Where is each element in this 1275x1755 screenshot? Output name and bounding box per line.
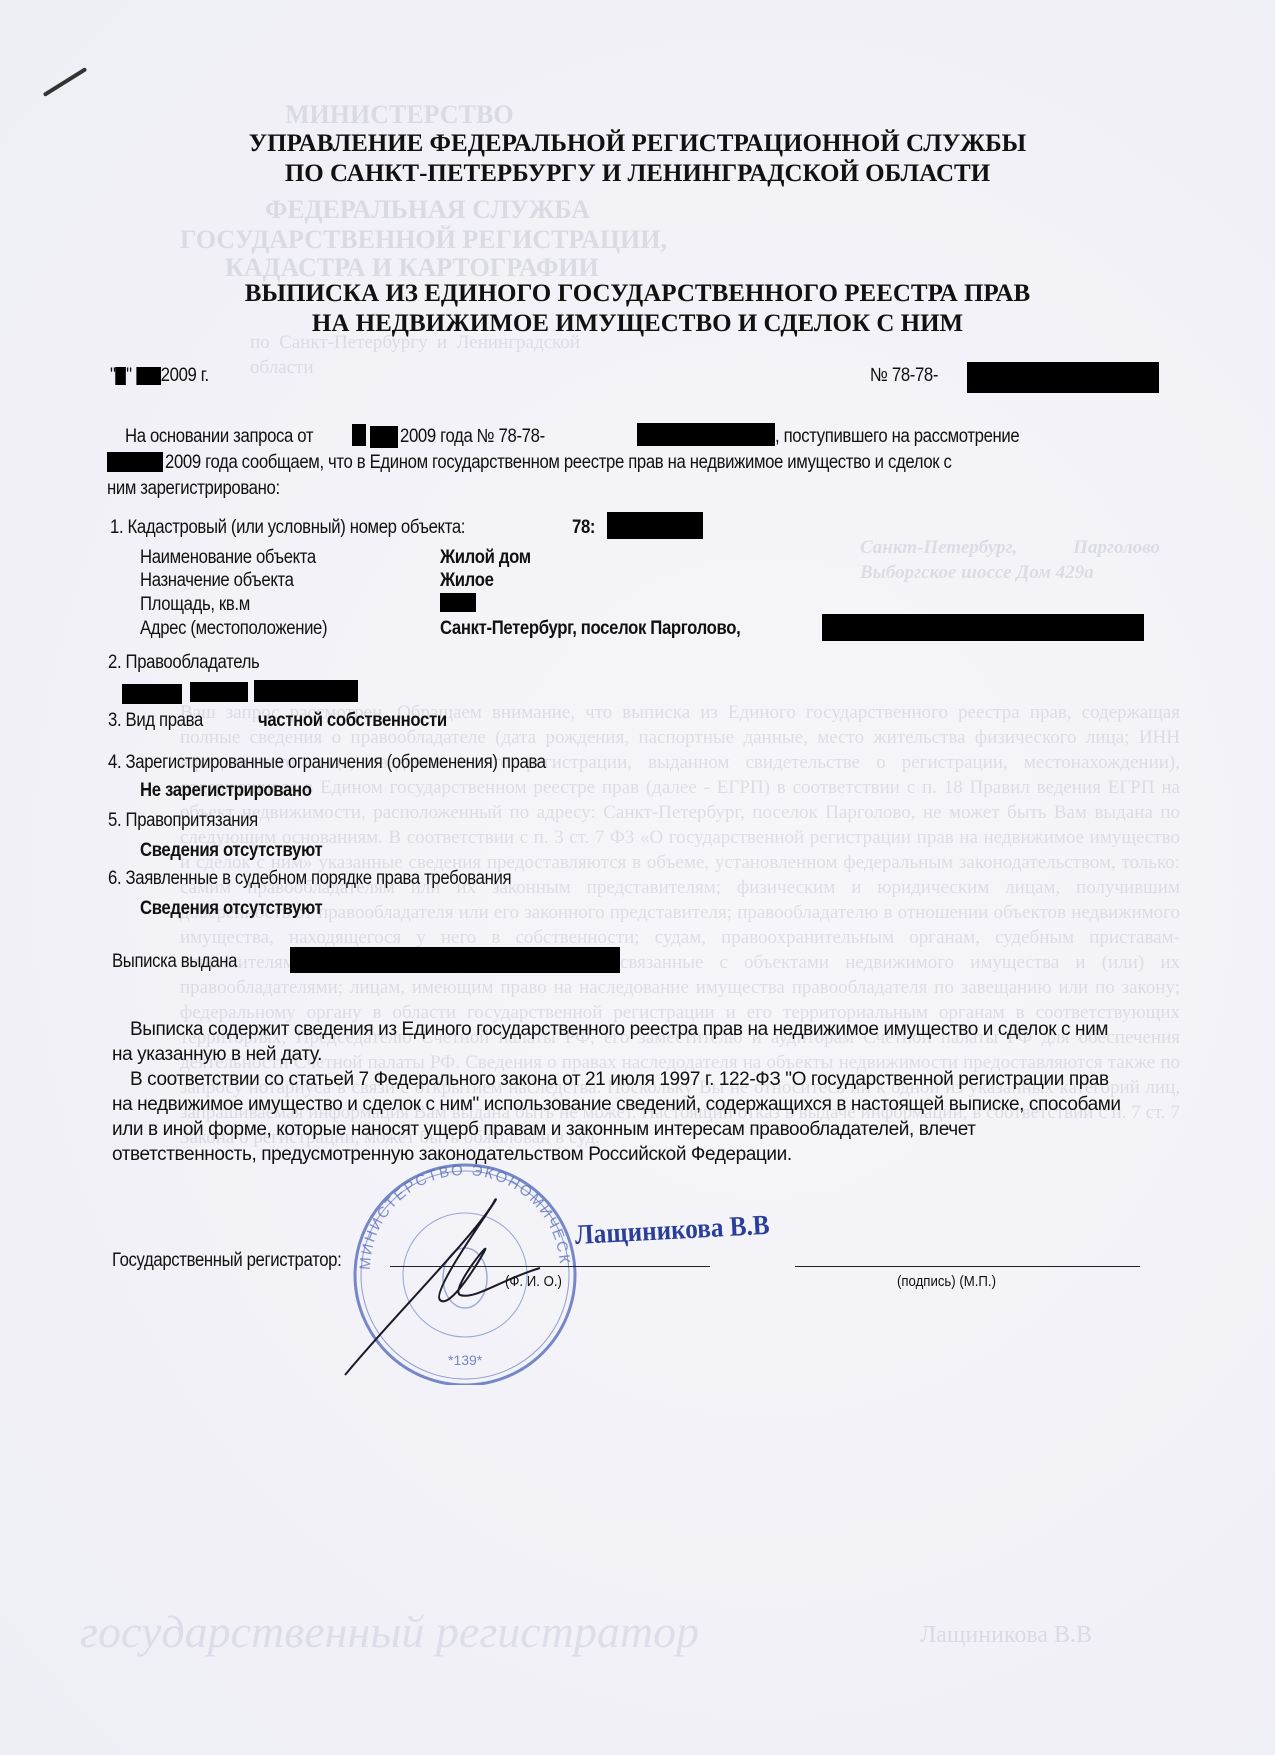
bleed-through-text: Лащиникова В.В xyxy=(920,1622,1092,1649)
object-purpose-value: Жилое xyxy=(440,570,494,592)
object-name-value: Жилой дом xyxy=(440,547,531,569)
svg-text:МИНИСТЕРСТВО ЭКОНОМИЧЕСКОГО РА: МИНИСТЕРСТВО ЭКОНОМИЧЕСКОГО РАЗВИТИЯ xyxy=(330,1150,573,1270)
notice-paragraph-2: В соответствии со статьей 7 Федерального… xyxy=(112,1067,1122,1167)
redaction xyxy=(352,424,366,446)
item4-encumbrances-label: 4. Зарегистрированные ограничения (обрем… xyxy=(108,752,546,774)
registrar-name-stamp: Лащиникова В.В xyxy=(574,1210,770,1252)
redaction xyxy=(136,367,161,385)
registrar-label: Государственный регистратор: xyxy=(112,1250,341,1272)
intro-text-b: 2009 года № 78-78- xyxy=(400,426,545,448)
document-title-line1: ВЫПИСКА ИЗ ЕДИНОГО ГОСУДАРСТВЕННОГО РЕЕС… xyxy=(0,278,1275,309)
staple-mark xyxy=(43,67,88,97)
agency-name-line2: ПО САНКТ-ПЕТЕРБУРГУ И ЛЕНИНГРАДСКОЙ ОБЛА… xyxy=(0,158,1275,189)
item3-right-type-value: частной собственности xyxy=(258,710,447,732)
item4-encumbrances-value: Не зарегистрировано xyxy=(140,780,312,802)
intro-text-d: 2009 года сообщаем, что в Едином государ… xyxy=(165,452,952,474)
notice-paragraph-1: Выписка содержит сведения из Единого гос… xyxy=(112,1017,1122,1067)
object-area-label: Площадь, кв.м xyxy=(140,594,250,616)
bleed-through-text: ГОСУДАРСТВЕННОЙ РЕГИСТРАЦИИ, xyxy=(180,225,667,255)
redaction-issued-to xyxy=(290,947,620,973)
issued-to-label: Выписка выдана xyxy=(112,951,237,973)
redaction-rightholder xyxy=(190,682,248,702)
document-title-line2: НА НЕДВИЖИМОЕ ИМУЩЕСТВО И СДЕЛОК С НИМ xyxy=(0,308,1275,339)
object-purpose-label: Назначение объекта xyxy=(140,570,294,592)
item1-cadastral-label: 1. Кадастровый (или условный) номер объе… xyxy=(110,517,465,539)
item3-right-type-label: 3. Вид права xyxy=(108,710,203,732)
bleed-through-text: МИНИСТЕРСТВО xyxy=(285,100,514,130)
bleed-through-text: ФЕДЕРАЛЬНАЯ СЛУЖБА xyxy=(265,195,590,225)
signature-line xyxy=(795,1266,1140,1267)
redaction xyxy=(107,452,163,472)
object-address-value: Санкт-Петербург, поселок Парголово, xyxy=(440,618,740,640)
redaction-request-number xyxy=(637,423,775,446)
object-address-label: Адрес (местоположение) xyxy=(140,618,327,640)
document-page: МИНИСТЕРСТВО ФЕДЕРАЛЬНАЯ СЛУЖБА ГОСУДАРС… xyxy=(0,0,1275,1755)
official-seal-stamp: МИНИСТЕРСТВО ЭКОНОМИЧЕСКОГО РАЗВИТИЯ *13… xyxy=(330,1150,600,1385)
redaction-rightholder xyxy=(254,680,358,702)
intro-text-c: , поступившего на рассмотрение xyxy=(775,426,1019,448)
signature-caption: (подпись) (М.П.) xyxy=(897,1273,996,1290)
item1-cadastral-prefix: 78: xyxy=(572,517,595,539)
bleed-through-signature: государственный регистратор xyxy=(80,1605,699,1658)
redaction-document-number xyxy=(967,362,1159,393)
svg-text:*139*: *139* xyxy=(448,1352,483,1368)
intro-text-a: На основании запроса от xyxy=(125,426,313,448)
bleed-through-text: Санкт-Петербург, Парголово Выборгское шо… xyxy=(860,535,1160,585)
redaction-area-value xyxy=(440,593,476,612)
intro-text-e: ним зарегистрировано: xyxy=(107,478,280,500)
item5-claims-value: Сведения отсутствуют xyxy=(140,840,322,862)
redaction-cadastral-number xyxy=(607,512,703,539)
object-name-label: Наименование объекта xyxy=(140,547,316,569)
agency-name-line1: УПРАВЛЕНИЕ ФЕДЕРАЛЬНОЙ РЕГИСТРАЦИОННОЙ С… xyxy=(0,128,1275,159)
item6-court-claims-label: 6. Заявленные в судебном порядке права т… xyxy=(108,868,511,890)
redaction-address xyxy=(822,614,1144,641)
fio-line xyxy=(390,1266,710,1267)
document-number: № 78-78- xyxy=(870,365,938,387)
fio-caption: (Ф. И. О.) xyxy=(505,1273,562,1290)
document-date: "" 2009 г. xyxy=(110,365,209,387)
item5-claims-label: 5. Правопритязания xyxy=(108,810,258,832)
item6-court-claims-value: Сведения отсутствуют xyxy=(140,898,322,920)
item2-rightholder-label: 2. Правообладатель xyxy=(108,652,259,674)
redaction xyxy=(116,367,127,385)
redaction-rightholder xyxy=(122,684,182,704)
redaction xyxy=(370,426,398,448)
